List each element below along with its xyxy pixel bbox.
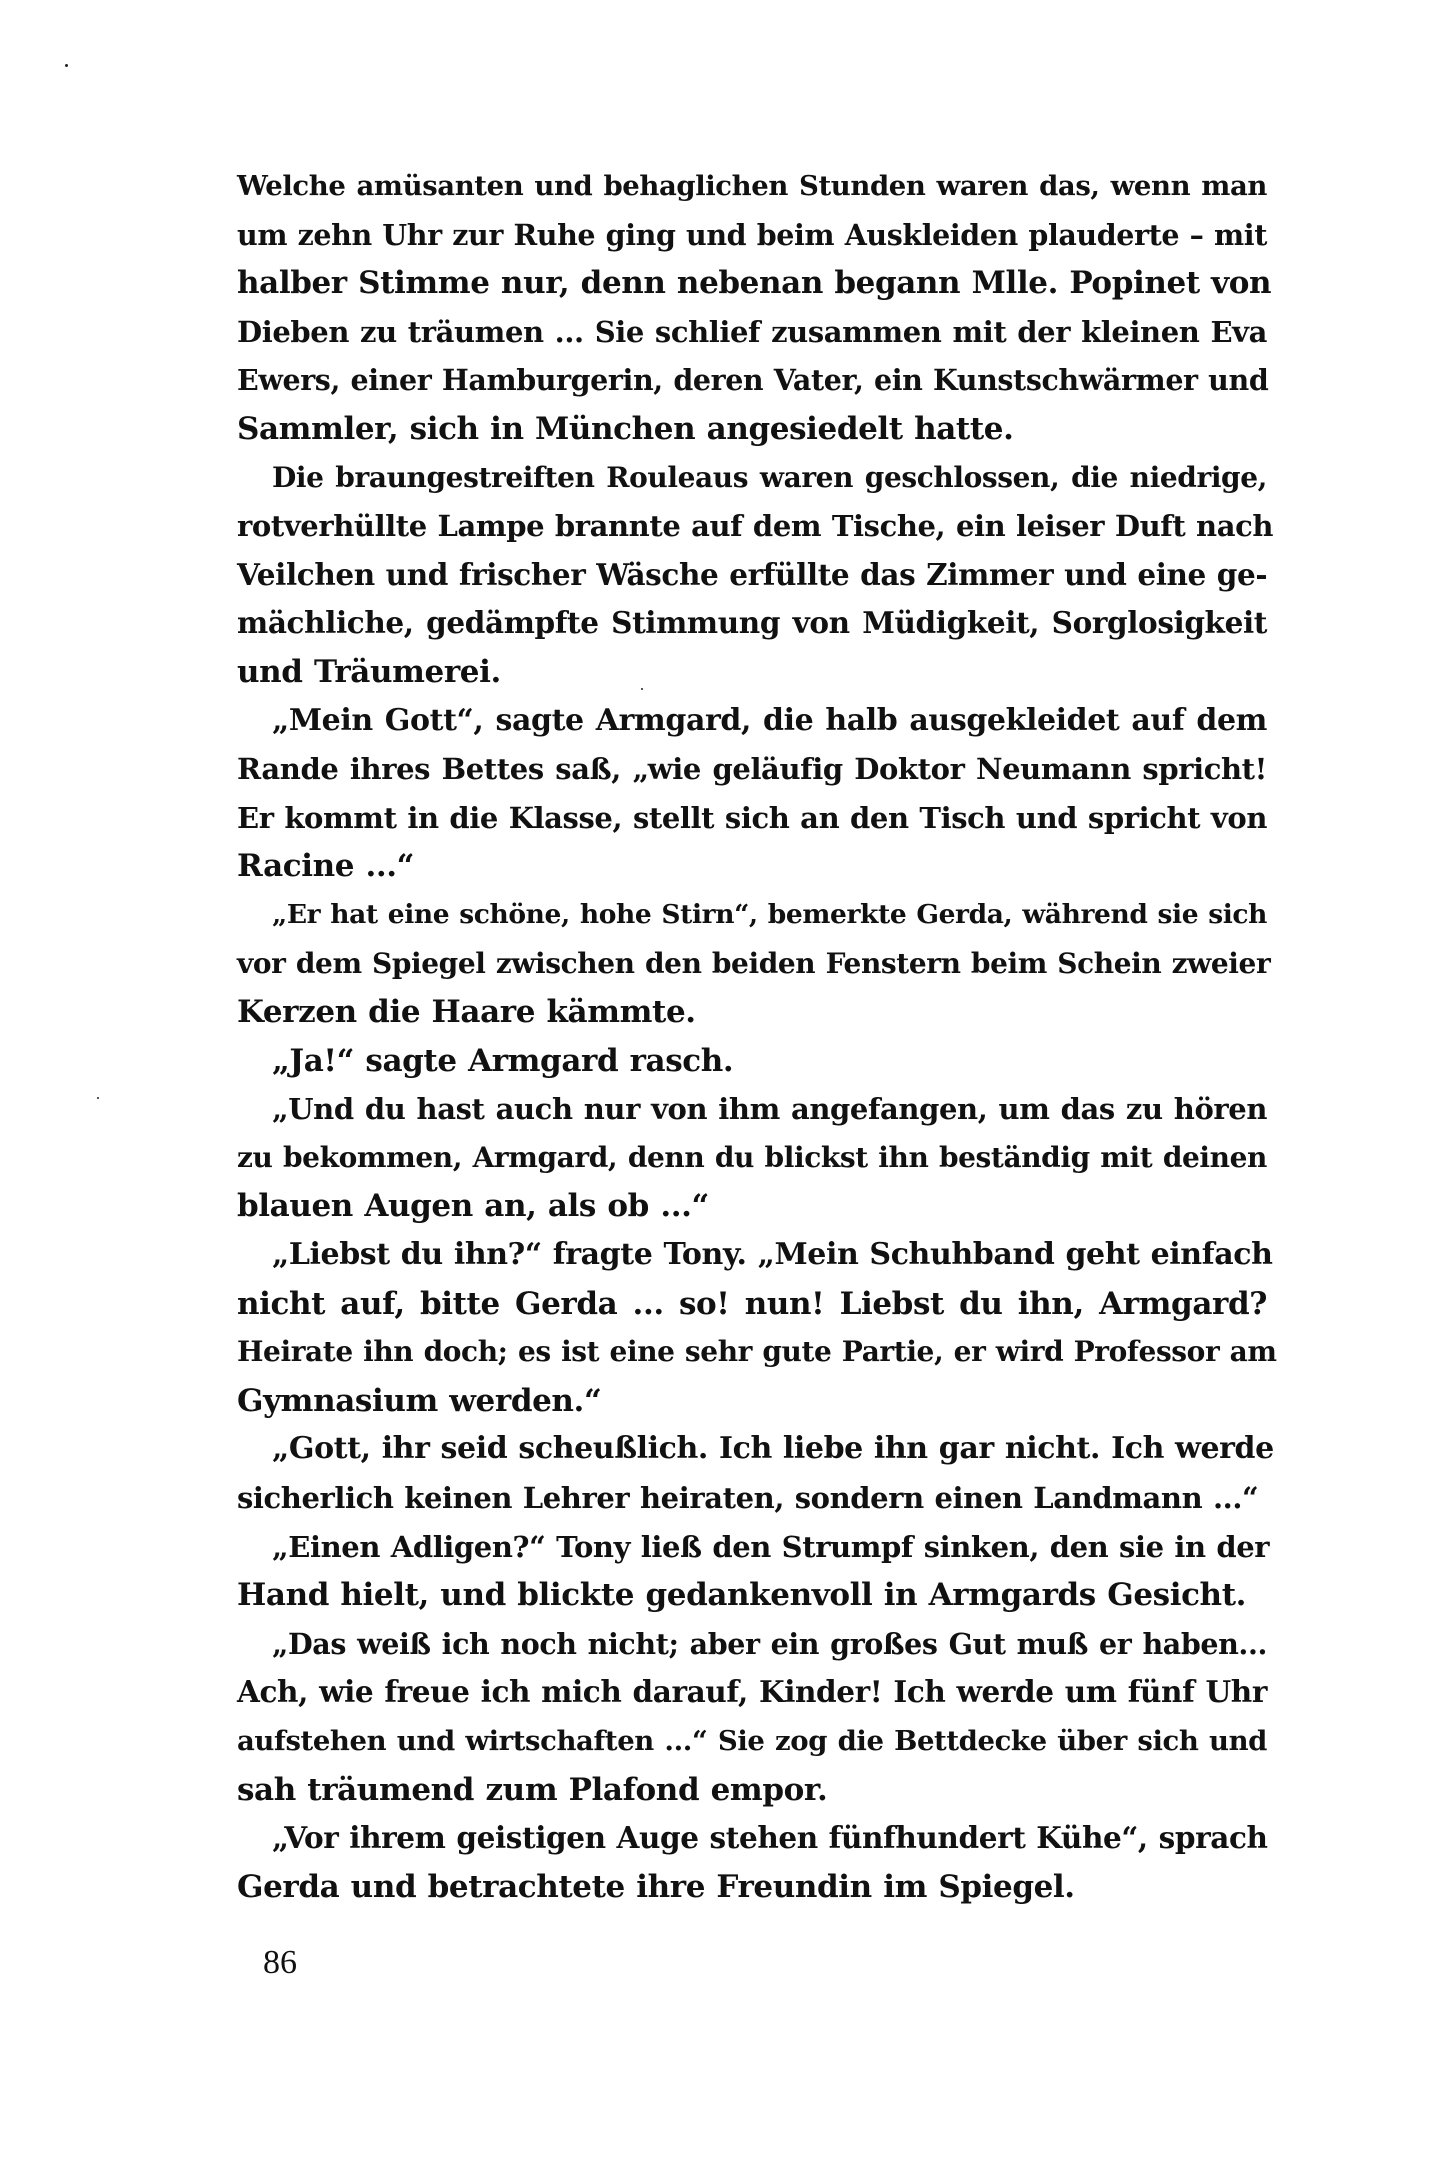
text-line: „Das weiß ich noch nicht; aber ein große… xyxy=(237,1620,1267,1669)
text-line: „Und du hast auch nur von ihm angefangen… xyxy=(237,1085,1267,1134)
text-line: um zehn Uhr zur Ruhe ging und beim Auskl… xyxy=(237,211,1267,260)
text-line: vor dem Spiegel zwischen den beiden Fens… xyxy=(237,940,1267,989)
text-line: Sammler, sich in München angesiedelt hat… xyxy=(237,405,1267,454)
text-line: mächliche, gedämpfte Stimmung von Müdigk… xyxy=(237,599,1267,648)
text-line: aufstehen und wirtschaften ...“ Sie zog … xyxy=(237,1717,1267,1766)
paragraph: „Mein Gott“, sagte Armgard, die halb aus… xyxy=(237,697,1267,891)
text-line: Rande ihres Bettes saß, „wie geläufig Do… xyxy=(237,745,1267,794)
text-line: Er kommt in die Klasse, stellt sich an d… xyxy=(237,794,1267,843)
text-line: Welche amüsanten und behaglichen Stunden… xyxy=(237,162,1267,211)
text-line: Kerzen die Haare kämmte. xyxy=(237,988,1267,1037)
text-line: Ach, wie freue ich mich darauf, Kinder! … xyxy=(237,1668,1267,1717)
paragraph: „Einen Adligen?“ Tony ließ den Strumpf s… xyxy=(237,1523,1267,1620)
text-line: Veilchen und frischer Wäsche erfüllte da… xyxy=(237,551,1267,600)
text-line: blauen Augen an, als ob ...“ xyxy=(237,1182,1267,1231)
text-line: Ewers, einer Hamburgerin, deren Vater, e… xyxy=(237,356,1267,405)
page-number: 86 xyxy=(263,1944,297,1982)
text-line: „Gott, ihr seid scheußlich. Ich liebe ih… xyxy=(237,1425,1267,1474)
text-line: Racine ...“ xyxy=(237,842,1267,891)
scan-speck xyxy=(65,64,68,67)
text-line: Gymnasium werden.“ xyxy=(237,1377,1267,1426)
paragraph: „Vor ihrem geistigen Auge stehen fünfhun… xyxy=(237,1814,1267,1911)
paragraph: „Das weiß ich noch nicht; aber ein große… xyxy=(237,1620,1267,1814)
body-text: Welche amüsanten und behaglichen Stunden… xyxy=(237,162,1267,1911)
text-line: „Er hat eine schöne, hohe Stirn“, bemerk… xyxy=(237,891,1267,940)
paragraph: „Liebst du ihn?“ fragte Tony. „Mein Schu… xyxy=(237,1231,1267,1425)
scan-speck xyxy=(97,1097,99,1099)
text-line: „Liebst du ihn?“ fragte Tony. „Mein Schu… xyxy=(237,1231,1267,1280)
paragraph: „Ja!“ sagte Armgard rasch. xyxy=(237,1037,1267,1086)
text-line: „Vor ihrem geistigen Auge stehen fünfhun… xyxy=(237,1814,1267,1863)
paragraph: Die braungestreiften Rouleaus waren gesc… xyxy=(237,454,1267,697)
text-line: „Ja!“ sagte Armgard rasch. xyxy=(237,1037,1267,1086)
paragraph: „Gott, ihr seid scheußlich. Ich liebe ih… xyxy=(237,1425,1267,1522)
text-line: sah träumend zum Plafond empor. xyxy=(237,1766,1267,1815)
text-line: rotverhüllte Lampe brannte auf dem Tisch… xyxy=(237,502,1267,551)
text-line: und Träumerei. xyxy=(237,648,1267,697)
text-line: sicherlich keinen Lehrer heiraten, sonde… xyxy=(237,1474,1267,1523)
text-line: Heirate ihn doch; es ist eine sehr gute … xyxy=(237,1328,1267,1377)
text-line: Die braungestreiften Rouleaus waren gesc… xyxy=(237,454,1267,503)
paragraph: „Und du hast auch nur von ihm angefangen… xyxy=(237,1085,1267,1231)
paragraph: „Er hat eine schöne, hohe Stirn“, bemerk… xyxy=(237,891,1267,1037)
text-line: Gerda und betrachtete ihre Freundin im S… xyxy=(237,1863,1267,1912)
text-line: „Mein Gott“, sagte Armgard, die halb aus… xyxy=(237,697,1267,746)
book-page: Welche amüsanten und behaglichen Stunden… xyxy=(0,0,1454,2162)
text-line: nicht auf, bitte Gerda ... so! nun! Lieb… xyxy=(237,1280,1267,1329)
text-line: Hand hielt, und blickte gedankenvoll in … xyxy=(237,1571,1267,1620)
paragraph: Welche amüsanten und behaglichen Stunden… xyxy=(237,162,1267,454)
text-line: „Einen Adligen?“ Tony ließ den Strumpf s… xyxy=(237,1523,1267,1572)
text-line: halber Stimme nur, denn nebenan begann M… xyxy=(237,259,1267,308)
text-line: zu bekommen, Armgard, denn du blickst ih… xyxy=(237,1134,1267,1183)
text-line: Dieben zu träumen ... Sie schlief zusamm… xyxy=(237,308,1267,357)
